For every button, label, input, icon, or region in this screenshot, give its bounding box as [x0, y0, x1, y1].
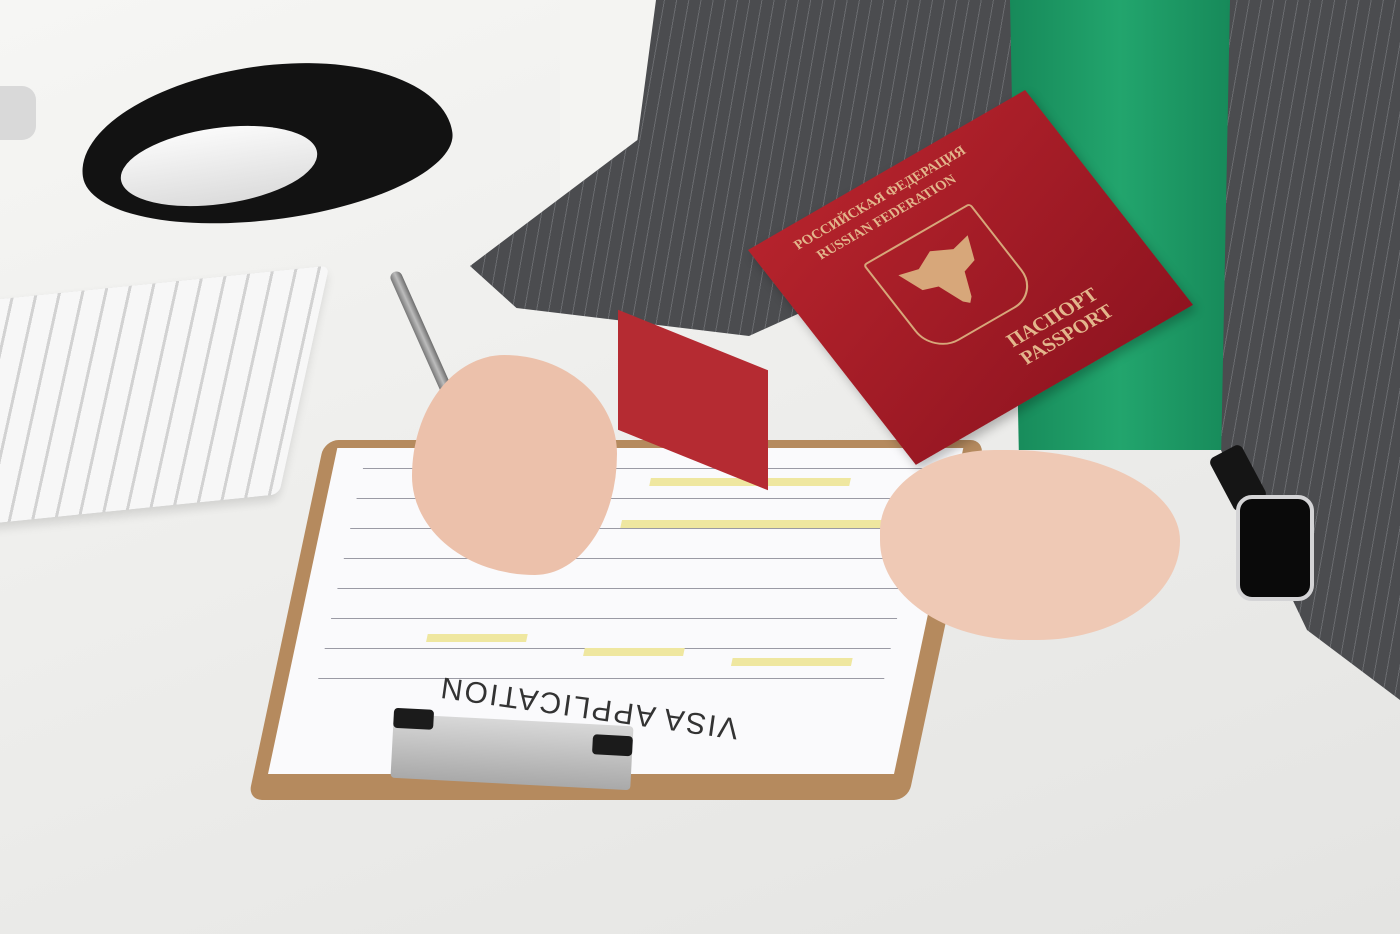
writing-hand	[412, 355, 617, 575]
holding-hand	[880, 450, 1180, 640]
photo-scene: VISA APPLICATION РОССИЙСКАЯ ФЕДЕРАЦИЯ RU…	[0, 0, 1400, 934]
smartwatch	[1236, 495, 1314, 601]
clip-handle	[592, 734, 633, 756]
clip-handle	[393, 708, 434, 730]
clipboard-clip	[390, 714, 633, 790]
monitor-stand	[0, 86, 36, 140]
